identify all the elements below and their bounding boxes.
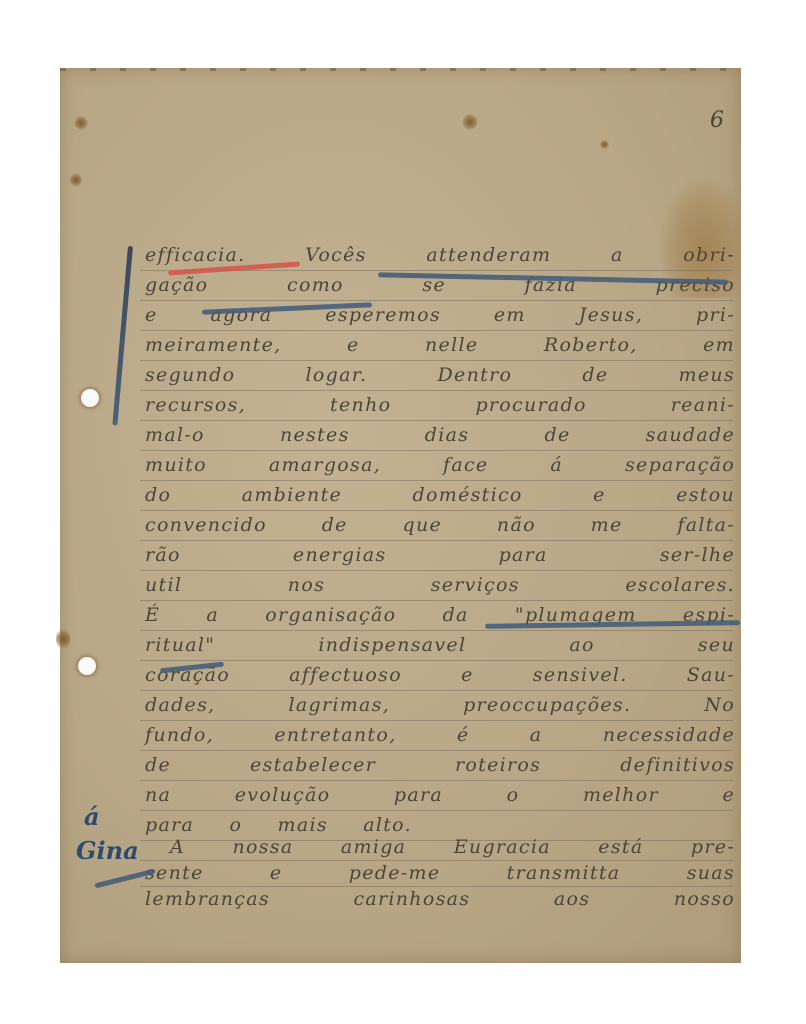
ruled-line [140,450,733,451]
ruled-line [140,630,733,631]
foxing-spot [600,140,609,149]
page-number: 6 [710,108,724,133]
ruled-line [140,510,733,511]
punch-hole-bottom [78,657,96,675]
text-line: para o mais alto. [145,814,412,836]
margin-note-line: á [76,800,139,834]
text-line: muito amargosa, face á separação [145,454,735,476]
margin-note: á Gina [76,800,139,868]
text-line: A nossa amiga Eugracia está pre- [170,836,735,858]
ruled-line [140,810,733,811]
punch-hole-top [81,389,99,407]
ruled-line [140,660,733,661]
text-line: sente e pede-me transmitta suas [145,862,735,884]
paper-edge-wear [60,68,741,71]
text-line: convencido de que não me falta- [145,514,735,536]
text-line: dades, lagrimas, preoccupações. No [145,694,735,716]
margin-note-line: Gina [76,834,139,868]
text-line: lembranças carinhosas aos nosso [145,888,735,910]
text-line: recursos, tenho procurado reani- [145,394,735,416]
foxing-spot [462,114,478,130]
text-line: util nos serviços escolares. [145,574,735,596]
ruled-line [140,390,733,391]
text-line: fundo, entretanto, é a necessidade [145,724,735,746]
ruled-line [140,360,733,361]
ruled-line [140,300,733,301]
text-line: meiramente, e nelle Roberto, em [145,334,735,356]
ruled-line [140,886,733,887]
text-line: segundo logar. Dentro de meus [145,364,735,386]
ruled-line [140,330,733,331]
ruled-line [140,540,733,541]
ruled-line [140,420,733,421]
text-line: rão energias para ser-lhe [145,544,735,566]
ruled-line [140,480,733,481]
blue-margin-bar [112,246,133,426]
text-line: do ambiente doméstico e estou [145,484,735,506]
ruled-line [140,720,733,721]
ruled-line [140,780,733,781]
text-line: de estabelecer roteiros definitivos [145,754,735,776]
text-line: mal-o nestes dias de saudade [145,424,735,446]
manuscript-page: 6 efficacia. Vocês attenderam a obri- ga… [60,68,741,963]
text-line: ritual" indispensavel ao seu [145,634,735,656]
ruled-line [140,600,733,601]
text-line: efficacia. Vocês attenderam a obri- [145,244,735,266]
foxing-spot [70,173,82,187]
ruled-line [140,860,733,861]
text-line: coração affectuoso e sensivel. Sau- [145,664,735,686]
foxing-spot [56,628,70,650]
text-line: na evolução para o melhor e [145,784,735,806]
ruled-line [140,750,733,751]
foxing-spot [74,116,88,130]
ruled-line [140,570,733,571]
ruled-line [140,690,733,691]
